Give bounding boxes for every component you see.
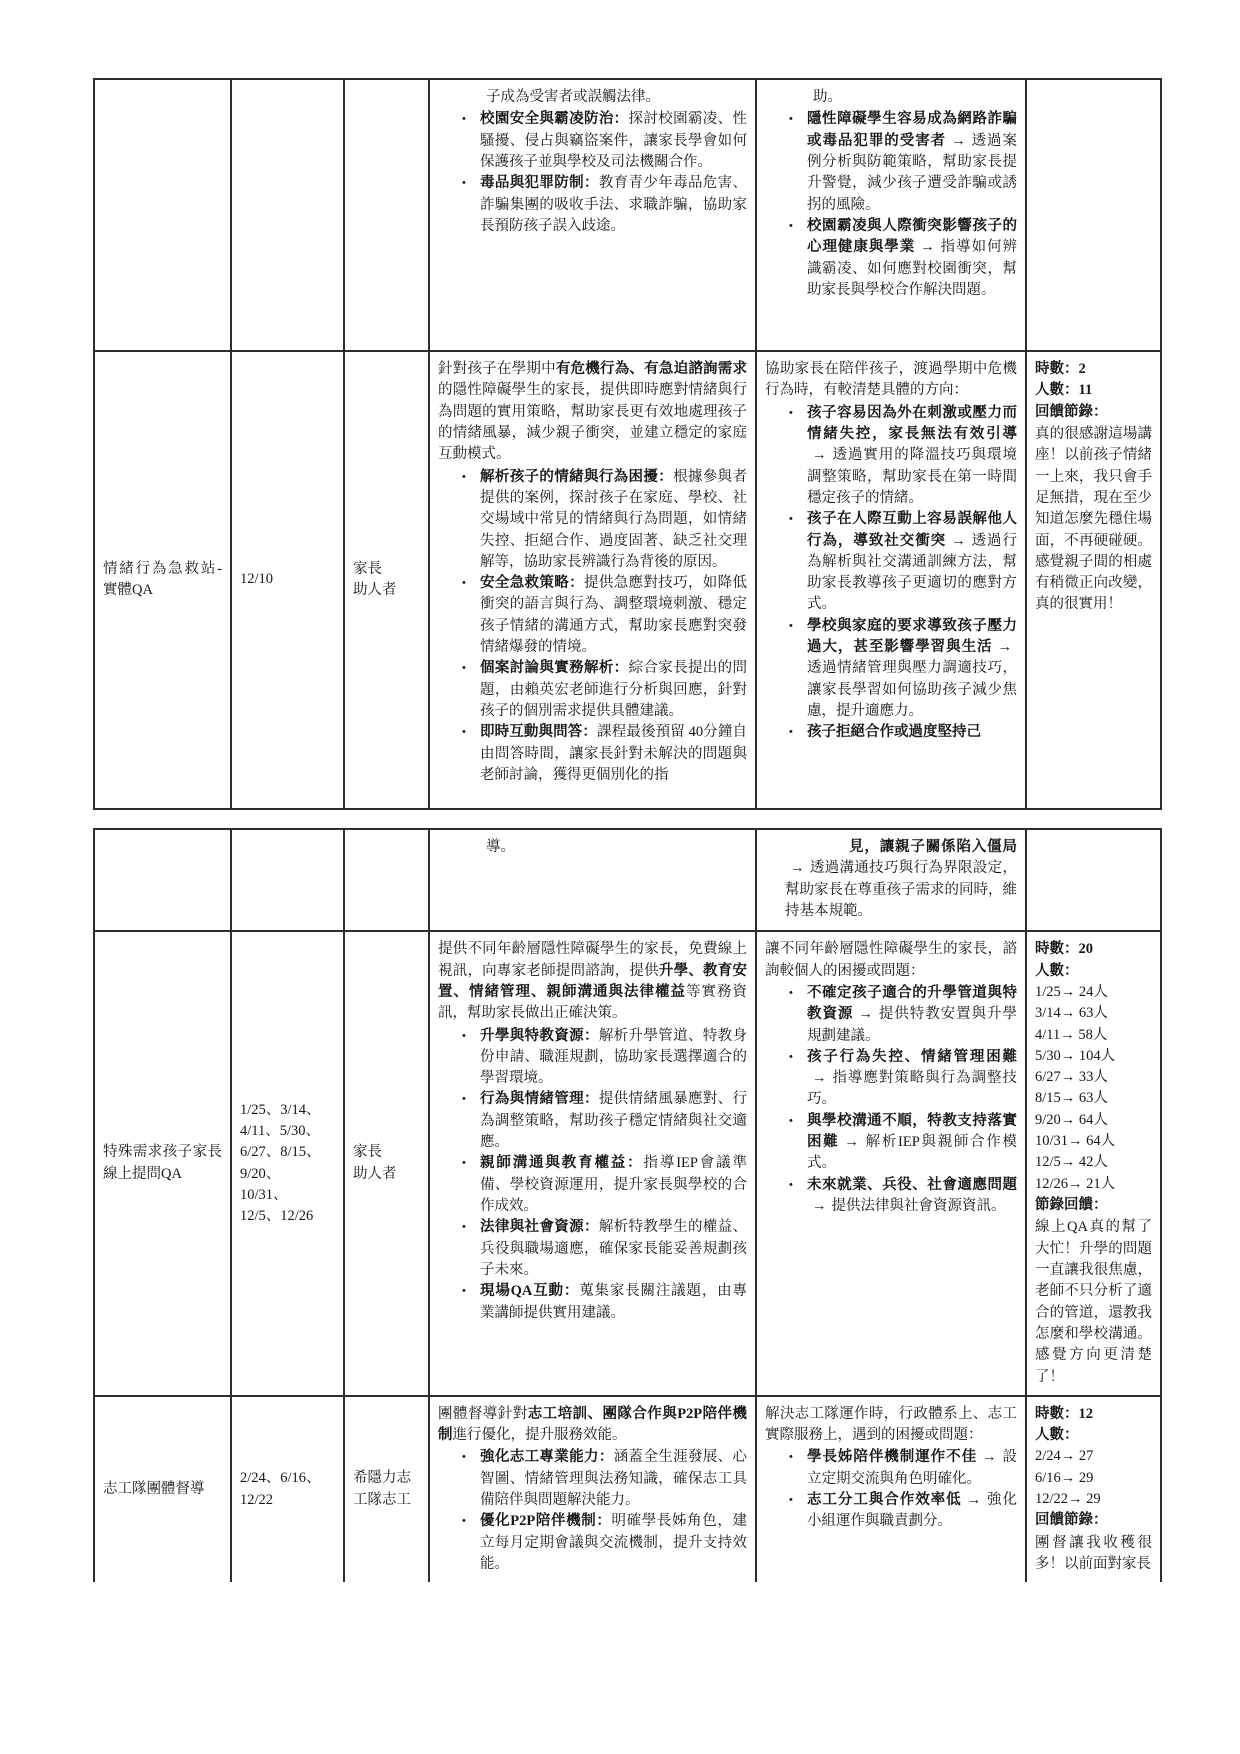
cell-activity-name: 志工隊團體督導	[94, 1396, 231, 1583]
bullet-item: • 孩子行為失控、情緒管理困難→指導應對策略與行為調整技巧。	[765, 1047, 1017, 1111]
intro-text: 的隱性障礙學生的家長，提供即時應對情緒與行為問題的實用策略，幫助家長更有效地處理…	[438, 382, 747, 462]
bullet-item: • 解析孩子的情緒與行為困擾：根據參與者提供的案例，探討孩子在家庭、學校、社交場…	[438, 467, 747, 574]
cell-activity-name: 情緒行為急救站-實體QA	[94, 351, 231, 809]
bullet-text: 孩子在人際互動上容易誤解他人行為，導致社交衝突→透過行為解析與社交溝通訓練方法，…	[807, 509, 1017, 616]
bullet-head: 解析孩子的情緒與行為困擾：	[480, 469, 673, 485]
cell-description: 團體督導針對志工培訓、團隊合作與P2P陪伴機制進行優化，提升服務效能。 • 強化…	[429, 1396, 756, 1583]
bullet-text: 未來就業、兵役、社會適應問題→提供法律與社會資源資訊。	[807, 1175, 1017, 1218]
bullet-item: • 與學校溝通不順，特教支持落實困難→解析IEP與親師合作模式。	[765, 1111, 1017, 1175]
bullet-head: 法律與社會資源：	[480, 1219, 599, 1235]
bullet-body: 透過溝通技巧與行為界限設定，幫助家長在尊重孩子需求的同時，維持基本規範。	[785, 860, 1017, 919]
bullet-head: 即時互動與問答：	[480, 724, 597, 740]
bullet-item: • 毒品與犯罪防制：教育青少年毒品危害、詐騙集團的吸收手法、求職詐騙，協助家長預…	[438, 173, 747, 237]
bullet-head: 親師溝通與教育權益：	[480, 1155, 644, 1171]
intro-text: 團體督導針對	[438, 1406, 528, 1422]
feedback-text: 真的很感謝這場講座！以前孩子情緒一上來，我只會手足無措，現在至少知道怎麼先穩住場…	[1035, 424, 1152, 616]
bullet-head: 孩子行為失控、情緒管理困難	[807, 1049, 1017, 1065]
bullet-body: 指導應對策略與行為調整技巧。	[807, 1070, 1017, 1107]
arrow-icon: →	[807, 447, 832, 463]
empty-cell	[344, 829, 429, 931]
bullet-text: 學長姊陪伴機制運作不佳→設立定期交流與角色明確化。	[807, 1447, 1017, 1490]
bullet-text: 安全急救策略：提供急應對技巧，如降低衝突的語言與行為、調整環境刺激、穩定孩子情緒…	[480, 573, 747, 658]
activity-dates: 2/24、6/16、 12/22	[240, 1468, 335, 1511]
cell-stats: 時數：2 人數：11 回饋節錄： 真的很感謝這場講座！以前孩子情緒一上來，我只會…	[1026, 351, 1161, 809]
cell-goal: 協助家長在陪伴孩子，渡過學期中危機行為時，有較清楚具體的方向： • 孩子容易因為…	[756, 351, 1026, 809]
bullet-icon: •	[462, 467, 480, 574]
bullet-text: 毒品與犯罪防制：教育青少年毒品危害、詐騙集團的吸收手法、求職詐騙，協助家長預防孩…	[480, 173, 747, 237]
session-count: 12/26→ 21人	[1035, 1174, 1152, 1195]
bullet-icon: •	[462, 1281, 480, 1324]
cell-date: 2/24、6/16、 12/22	[231, 1396, 344, 1583]
activity-table-upper: 子成為受害者或誤觸法律。 • 校園安全與霸凌防治：探討校園霸凌、性騷擾、侵占與竊…	[93, 78, 1162, 810]
count-label: 人數：11	[1035, 380, 1152, 401]
bullet-body: 提供法律與社會資源資訊。	[832, 1198, 1006, 1214]
continued-text: 助。	[765, 87, 1017, 108]
bullet-head: 學長姊陪伴機制運作不佳	[807, 1449, 977, 1465]
empty-cell	[231, 79, 344, 351]
session-count: 9/20→ 64人	[1035, 1110, 1152, 1131]
arrow-icon: →	[853, 1006, 878, 1022]
bullet-icon: •	[789, 1447, 807, 1490]
bullet-text: 不確定孩子適合的升學管道與特教資源→提供特教安置與升學規劃建議。	[807, 983, 1017, 1047]
continued-text: 見，讓親子關係陷入僵局→透過溝通技巧與行為界限設定，幫助家長在尊重孩子需求的同時…	[765, 837, 1017, 922]
bullet-head: 學校與家庭的要求導致孩子壓力過大，甚至影響學習與生活	[807, 618, 1017, 655]
bullet-icon: •	[789, 1047, 807, 1111]
bullet-head: 孩子拒絕合作或過度堅持己	[807, 724, 981, 740]
cell-description: 針對孩子在學期中有危機行為、有急迫諮詢需求的隱性障礙學生的家長，提供即時應對情緒…	[429, 351, 756, 809]
bullet-text: 現場QA互動：蒐集家長關注議題，由專業講師提供實用建議。	[480, 1281, 747, 1324]
bullet-item: • 學校與家庭的要求導致孩子壓力過大，甚至影響學習與生活→透過情緒管理與壓力調適…	[765, 616, 1017, 723]
bullet-head: 強化志工專業能力：	[480, 1449, 614, 1465]
session-count: 3/14→ 63人	[1035, 1003, 1152, 1024]
bullet-icon: •	[462, 109, 480, 173]
activity-name: 志工隊團體督導	[103, 1479, 222, 1500]
bullet-item: • 強化志工專業能力：涵蓋全生涯發展、心智圖、情緒管理與法務知識，確保志工具備陪…	[438, 1447, 747, 1511]
bullet-icon: •	[462, 1447, 480, 1511]
hours-label: 時數：20	[1035, 939, 1152, 960]
bullet-text: 校園安全與霸凌防治：探討校園霸凌、性騷擾、侵占與竊盜案件，讓家長學會如何保護孩子…	[480, 109, 747, 173]
cell-audience: 家長 助人者	[344, 351, 429, 809]
table-row-emotion-qa: 情緒行為急救站-實體QA 12/10 家長 助人者 針對孩子在學期中有危機行為、…	[94, 351, 1161, 809]
bullet-head: 個案討論與實務解析：	[480, 660, 629, 676]
cell-goal: 見，讓親子關係陷入僵局→透過溝通技巧與行為界限設定，幫助家長在尊重孩子需求的同時…	[756, 829, 1026, 931]
session-count: 2/24→ 27	[1035, 1446, 1152, 1467]
bullet-head: 升學與特教資源：	[480, 1028, 599, 1044]
bullet-item: • 親師溝通與教育權益：指導IEP會議準備、學校資源運用，提升家長與學校的合作成…	[438, 1153, 747, 1217]
feedback-label: 回饋節錄：	[1035, 1510, 1152, 1531]
cell-date: 1/25、3/14、 4/11、5/30、 6/27、8/15、 9/20、 1…	[231, 931, 344, 1396]
table-row-volunteer-supervision: 志工隊團體督導 2/24、6/16、 12/22 希隱力志 工隊志工 團體督導針…	[94, 1396, 1161, 1583]
activity-audience: 家長 助人者	[353, 1142, 420, 1185]
intro-paragraph: 團體督導針對志工培訓、團隊合作與P2P陪伴機制進行優化，提升服務效能。	[438, 1404, 747, 1447]
bullet-item: • 隱性障礙學生容易成為網路詐騙或毒品犯罪的受害者→透過案例分析與防範策略，幫助…	[765, 109, 1017, 216]
bullet-text: 解析孩子的情緒與行為困擾：根據參與者提供的案例，探討孩子在家庭、學校、社交場域中…	[480, 467, 747, 574]
cell-description: 導。	[429, 829, 756, 931]
intro-text: 進行優化，提升服務效能。	[453, 1427, 627, 1443]
continued-text: 導。	[438, 837, 747, 858]
cell-description: 子成為受害者或誤觸法律。 • 校園安全與霸凌防治：探討校園霸凌、性騷擾、侵占與竊…	[429, 79, 756, 351]
intro-paragraph: 提供不同年齡層隱性障礙學生的家長，免費線上視訊，向專家老師提問諮詢，提供升學、教…	[438, 939, 747, 1024]
cell-goal: 助。 • 隱性障礙學生容易成為網路詐騙或毒品犯罪的受害者→透過案例分析與防範策略…	[756, 79, 1026, 351]
arrow-icon: →	[977, 1449, 1002, 1465]
empty-cell	[1026, 79, 1161, 351]
bullet-icon: •	[462, 658, 480, 722]
document-page: 子成為受害者或誤觸法律。 • 校園安全與霸凌防治：探討校園霸凌、性騷擾、侵占與竊…	[0, 0, 1240, 1754]
intro-text: 針對孩子在學期中	[438, 361, 556, 377]
intro-paragraph: 解決志工隊運作時，行政體系上、志工實際服務上，遇到的困擾或問題：	[765, 1404, 1017, 1447]
bullet-item: • 不確定孩子適合的升學管道與特教資源→提供特教安置與升學規劃建議。	[765, 983, 1017, 1047]
bullet-text: 親師溝通與教育權益：指導IEP會議準備、學校資源運用，提升家長與學校的合作成效。	[480, 1153, 747, 1217]
table-row-continuation: 導。 見，讓親子關係陷入僵局→透過溝通技巧與行為界限設定，幫助家長在尊重孩子需求…	[94, 829, 1161, 931]
arrow-icon: →	[962, 1492, 987, 1508]
session-count: 8/15→ 63人	[1035, 1088, 1152, 1109]
bullet-text: 即時互動與問答：課程最後預留 40分鐘自由問答時間，讓家長針對未解決的問題與老師…	[480, 722, 747, 786]
bullet-icon: •	[789, 403, 807, 510]
bullet-item: • 孩子拒絕合作或過度堅持己	[765, 722, 1017, 743]
bullet-icon: •	[462, 1026, 480, 1090]
feedback-text: 團督讓我收穫很多！以前面對家長	[1035, 1533, 1152, 1576]
bullet-item: • 個案討論與實務解析：綜合家長提出的問題，由賴英宏老師進行分析與回應，針對孩子…	[438, 658, 747, 722]
activity-name: 情緒行為急救站-實體QA	[103, 559, 222, 602]
intro-paragraph: 讓不同年齡層隱性障礙學生的家長，諮詢較個人的困擾或問題：	[765, 939, 1017, 982]
intro-paragraph: 協助家長在陪伴孩子，渡過學期中危機行為時，有較清楚具體的方向：	[765, 359, 1017, 402]
bullet-icon: •	[462, 573, 480, 658]
bullet-text: 孩子容易因為外在刺激或壓力而情緒失控，家長無法有效引導→透過實用的降溫技巧與環境…	[807, 403, 1017, 510]
session-count: 5/30→ 104人	[1035, 1046, 1152, 1067]
bullet-text: 個案討論與實務解析：綜合家長提出的問題，由賴英宏老師進行分析與回應，針對孩子的個…	[480, 658, 747, 722]
session-count: 6/16→ 29	[1035, 1468, 1152, 1489]
session-count: 6/27→ 33人	[1035, 1067, 1152, 1088]
arrow-icon: →	[785, 860, 810, 876]
session-count: 12/5→ 42人	[1035, 1152, 1152, 1173]
empty-cell	[94, 79, 231, 351]
cell-activity-name: 特殊需求孩子家長線上提問QA	[94, 931, 231, 1396]
arrow-icon: →	[946, 533, 971, 549]
bullet-icon: •	[462, 1217, 480, 1281]
intro-bold: 有危機行為、有急迫諮詢需求	[556, 361, 747, 377]
bullet-icon: •	[462, 722, 480, 786]
activity-audience: 希隱力志 工隊志工	[353, 1468, 420, 1511]
bullet-icon: •	[789, 1111, 807, 1175]
count-label: 人數：	[1035, 961, 1152, 982]
bullet-text: 與學校溝通不順，特教支持落實困難→解析IEP與親師合作模式。	[807, 1111, 1017, 1175]
empty-cell	[94, 829, 231, 931]
session-count: 12/22→ 29	[1035, 1489, 1152, 1510]
cell-audience: 家長 助人者	[344, 931, 429, 1396]
bullet-text: 學校與家庭的要求導致孩子壓力過大，甚至影響學習與生活→透過情緒管理與壓力調適技巧…	[807, 616, 1017, 723]
bullet-item: • 優化P2P陪伴機制：明確學長姊角色，建立每月定期會議與交流機制，提升支持效能…	[438, 1511, 747, 1575]
cell-audience: 希隱力志 工隊志工	[344, 1396, 429, 1583]
bullet-text: 校園霸凌與人際衝突影響孩子的心理健康與學業→指導如何辨識霸凌、如何應對校園衝突，…	[807, 216, 1017, 301]
bullet-head: 行為與情緒管理：	[480, 1091, 599, 1107]
arrow-icon: →	[807, 1070, 832, 1086]
bullet-item: • 即時互動與問答：課程最後預留 40分鐘自由問答時間，讓家長針對未解決的問題與…	[438, 722, 747, 786]
bullet-item: • 未來就業、兵役、社會適應問題→提供法律與社會資源資訊。	[765, 1175, 1017, 1218]
session-count: 10/31→ 64人	[1035, 1131, 1152, 1152]
cell-date: 12/10	[231, 351, 344, 809]
bullet-icon: •	[462, 1511, 480, 1575]
bullet-head: 安全急救策略：	[480, 575, 584, 591]
arrow-icon: →	[915, 239, 940, 255]
bullet-text: 強化志工專業能力：涵蓋全生涯發展、心智圖、情緒管理與法務知識，確保志工具備陪伴與…	[480, 1447, 747, 1511]
bullet-icon: •	[462, 1089, 480, 1153]
cell-goal: 讓不同年齡層隱性障礙學生的家長，諮詢較個人的困擾或問題： • 不確定孩子適合的升…	[756, 931, 1026, 1396]
bullet-icon: •	[789, 216, 807, 301]
bullet-icon: •	[789, 616, 807, 723]
hours-label: 時數：12	[1035, 1404, 1152, 1425]
activity-table-lower: 導。 見，讓親子關係陷入僵局→透過溝通技巧與行為界限設定，幫助家長在尊重孩子需求…	[93, 828, 1162, 1582]
bullet-item: • 學長姊陪伴機制運作不佳→設立定期交流與角色明確化。	[765, 1447, 1017, 1490]
bullet-item: • 安全急救策略：提供急應對技巧，如降低衝突的語言與行為、調整環境刺激、穩定孩子…	[438, 573, 747, 658]
bullet-head: 現場QA互動：	[480, 1283, 579, 1299]
activity-dates: 1/25、3/14、 4/11、5/30、 6/27、8/15、 9/20、 1…	[240, 1100, 335, 1228]
bullet-text: 隱性障礙學生容易成為網路詐騙或毒品犯罪的受害者→透過案例分析與防範策略，幫助家長…	[807, 109, 1017, 216]
bullet-item: • 孩子容易因為外在刺激或壓力而情緒失控，家長無法有效引導→透過實用的降溫技巧與…	[765, 403, 1017, 510]
session-count: 4/11→ 58人	[1035, 1025, 1152, 1046]
cell-description: 提供不同年齡層隱性障礙學生的家長，免費線上視訊，向專家老師提問諮詢，提供升學、教…	[429, 931, 756, 1396]
bullet-item: • 現場QA互動：蒐集家長關注議題，由專業講師提供實用建議。	[438, 1281, 747, 1324]
bullet-icon: •	[462, 173, 480, 237]
bullet-item: • 校園安全與霸凌防治：探討校園霸凌、性騷擾、侵占與竊盜案件，讓家長學會如何保護…	[438, 109, 747, 173]
bullet-text: 法律與社會資源：解析特教學生的權益、兵役與職場適應，確保家長能妥善規劃孩子未來。	[480, 1217, 747, 1281]
session-count: 1/25→ 24人	[1035, 982, 1152, 1003]
feedback-label: 回饋節錄：	[1035, 402, 1152, 423]
bullet-icon: •	[462, 1153, 480, 1217]
bullet-item: • 志工分工與合作效率低→強化小組運作與職責劃分。	[765, 1490, 1017, 1533]
intro-paragraph: 針對孩子在學期中有危機行為、有急迫諮詢需求的隱性障礙學生的家長，提供即時應對情緒…	[438, 359, 747, 466]
table-row-continuation: 子成為受害者或誤觸法律。 • 校園安全與霸凌防治：探討校園霸凌、性騷擾、侵占與竊…	[94, 79, 1161, 351]
bullet-item: • 孩子在人際互動上容易誤解他人行為，導致社交衝突→透過行為解析與社交溝通訓練方…	[765, 509, 1017, 616]
arrow-icon: →	[839, 1134, 864, 1150]
bullet-icon: •	[789, 722, 807, 743]
bullet-text: 升學與特教資源：解析升學管道、特教身份申請、職涯規劃，協助家長選擇適合的學習環境…	[480, 1026, 747, 1090]
activity-audience: 家長 助人者	[353, 559, 420, 602]
bullet-icon: •	[789, 509, 807, 616]
bullet-item: • 行為與情緒管理：提供情緒風暴應對、行為調整策略，幫助孩子穩定情緒與社交適應。	[438, 1089, 747, 1153]
continued-text: 子成為受害者或誤觸法律。	[438, 87, 747, 108]
empty-cell	[231, 829, 344, 931]
activity-name: 特殊需求孩子家長線上提問QA	[103, 1142, 222, 1185]
bullet-head: 毒品與犯罪防制：	[480, 175, 599, 191]
cell-stats: 時數：20 人數： 1/25→ 24人 3/14→ 63人 4/11→ 58人 …	[1026, 931, 1161, 1396]
empty-cell	[1026, 829, 1161, 931]
feedback-label: 節錄回饋：	[1035, 1195, 1152, 1216]
empty-cell	[344, 79, 429, 351]
bullet-head: 未來就業、兵役、社會適應問題	[807, 1177, 1017, 1193]
bullet-icon: •	[789, 109, 807, 216]
bullet-body: 透過實用的降溫技巧與環境調整策略，幫助家長在第一時間穩定孩子的情緒。	[807, 447, 1017, 506]
bullet-text: 孩子行為失控、情緒管理困難→指導應對策略與行為調整技巧。	[807, 1047, 1017, 1111]
arrow-icon: →	[946, 133, 971, 149]
cell-stats: 時數：12 人數： 2/24→ 27 6/16→ 29 12/22→ 29 回饋…	[1026, 1396, 1161, 1583]
count-label: 人數：	[1035, 1425, 1152, 1446]
activity-date: 12/10	[240, 569, 335, 590]
arrow-icon: →	[993, 639, 1018, 655]
bullet-text: 優化P2P陪伴機制：明確學長姊角色，建立每月定期會議與交流機制，提升支持效能。	[480, 1511, 747, 1575]
bullet-text: 行為與情緒管理：提供情緒風暴應對、行為調整策略，幫助孩子穩定情緒與社交適應。	[480, 1089, 747, 1153]
feedback-text: 線上QA真的幫了大忙！升學的問題一直讓我很焦慮，老師不只分析了適合的管道，還教我…	[1035, 1217, 1152, 1388]
table-row-online-qa: 特殊需求孩子家長線上提問QA 1/25、3/14、 4/11、5/30、 6/2…	[94, 931, 1161, 1396]
bullet-text: 孩子拒絕合作或過度堅持己	[807, 722, 1017, 743]
hours-label: 時數：2	[1035, 359, 1152, 380]
bullet-head: 孩子容易因為外在刺激或壓力而情緒失控，家長無法有效引導	[807, 405, 1017, 442]
bullet-text: 志工分工與合作效率低→強化小組運作與職責劃分。	[807, 1490, 1017, 1533]
bullet-head: 志工分工與合作效率低	[807, 1492, 962, 1508]
bullet-body: 透過情緒管理與壓力調適技巧，讓家長學習如何協助孩子減少焦慮，提升適應力。	[807, 660, 1017, 719]
arrow-icon: →	[807, 1198, 832, 1214]
bullet-item: • 升學與特教資源：解析升學管道、特教身份申請、職涯規劃，協助家長選擇適合的學習…	[438, 1026, 747, 1090]
bullet-icon: •	[789, 983, 807, 1047]
bullet-icon: •	[789, 1175, 807, 1218]
bullet-head: 優化P2P陪伴機制：	[480, 1513, 611, 1529]
cell-goal: 解決志工隊運作時，行政體系上、志工實際服務上，遇到的困擾或問題： • 學長姊陪伴…	[756, 1396, 1026, 1583]
bullet-head: 見，讓親子關係陷入僵局	[849, 839, 1017, 855]
bullet-item: • 校園霸凌與人際衝突影響孩子的心理健康與學業→指導如何辨識霸凌、如何應對校園衝…	[765, 216, 1017, 301]
bullet-icon: •	[789, 1490, 807, 1533]
bullet-head: 校園安全與霸凌防治：	[480, 111, 629, 127]
bullet-item: • 法律與社會資源：解析特教學生的權益、兵役與職場適應，確保家長能妥善規劃孩子未…	[438, 1217, 747, 1281]
